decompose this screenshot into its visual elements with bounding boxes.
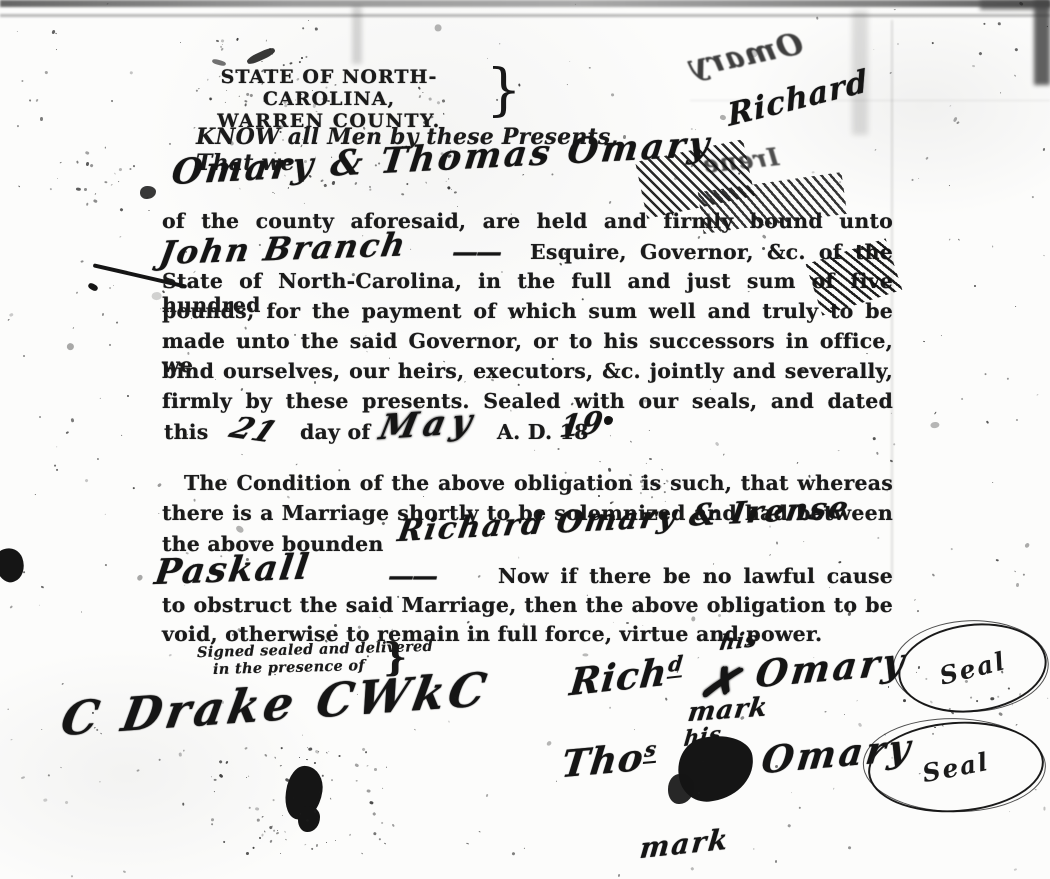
sig1-given: Richd [570,660,683,704]
noise-speck [365,750,368,753]
noise-speck [932,574,935,577]
noise-speck [799,807,801,809]
noise-speck [306,759,308,760]
noise-speck [280,765,282,767]
body-line-4: pounds; for the payment of which sum wel… [162,300,893,324]
noise-speck [362,747,366,751]
noise-speck [618,874,621,877]
noise-speck [219,774,223,778]
noise-speck [216,40,220,43]
noise-speck [384,843,386,845]
noise-speck [315,750,319,754]
sig1-superscript: d [667,650,685,678]
noise-speck [109,287,111,290]
noise-speck [76,291,78,293]
noise-speck [280,853,281,854]
noise-speck [17,125,20,128]
noise-speck [274,193,275,194]
noise-speck [567,84,568,85]
sig1-given-text: Rich [568,649,670,704]
noise-speck [425,181,427,183]
scanned-document-page: STATE OF NORTH-CAROLINA, WARREN COUNTY. … [0,0,1050,879]
noise-speck [179,753,182,757]
handwritten-richard-top: Richard [726,63,870,134]
noise-speck [558,448,560,450]
top-edge-shadow [0,0,1050,7]
noise-speck [95,192,97,194]
noise-speck [85,151,90,155]
noise-speck [182,802,184,805]
noise-speck [1043,255,1045,257]
noise-speck [273,799,275,801]
noise-speck [284,831,286,833]
noise-speck [715,442,719,447]
noise-speck [60,767,62,769]
noise-speck [690,866,694,870]
noise-speck [1014,74,1016,76]
noise-speck [45,71,49,75]
noise-speck [119,236,121,238]
noise-speck [265,40,267,43]
noise-speck [65,432,68,435]
date-day-of: day of [300,420,370,444]
noise-speck [796,462,798,464]
noise-speck [304,844,307,846]
ink-spot-obligors-line [140,186,156,199]
noise-speck [1008,811,1010,812]
noise-speck [118,168,121,172]
noise-speck [21,776,25,779]
noise-speck [368,185,371,188]
noise-speck [824,711,826,712]
noise-speck [401,193,404,195]
noise-speck [89,164,93,168]
noise-speck [97,457,99,459]
noise-speck [354,762,359,767]
noise-speck [934,411,937,414]
noise-speck [285,838,287,840]
noise-speck [236,38,239,41]
handwritten-john-branch: John Branch [157,225,410,272]
noise-speck [180,42,181,43]
noise-speck [10,313,14,317]
noise-speck [105,563,107,565]
noise-speck [451,189,453,191]
sig1-seal-text: Seal [936,646,1009,691]
noise-speck [912,179,914,181]
bleedthrough-omary-mirrored: Omary [686,26,806,84]
noise-speck [414,728,416,730]
noise-speck [356,780,358,781]
noise-speck [158,759,160,761]
noise-speck [953,116,958,122]
noise-speck [812,171,815,173]
noise-speck [992,246,993,248]
noise-speck [382,788,383,789]
noise-speck [269,840,273,844]
noise-speck [86,162,90,166]
noise-speck [298,757,299,758]
noise-speck [307,747,308,748]
noise-speck [894,9,896,10]
noise-speck [211,776,212,777]
noise-speck [43,798,47,801]
noise-speck [40,585,43,588]
noise-speck [1031,195,1033,197]
noise-speck [646,462,647,463]
noise-speck [61,683,63,685]
sig2-mark-blot-tail [668,774,694,804]
john-branch-flourish-tip [87,282,99,292]
noise-speck [1043,807,1045,811]
noise-speck [20,79,23,82]
noise-speck [903,699,906,702]
noise-speck [261,816,263,818]
noise-speck [64,800,68,804]
noise-speck [308,20,309,21]
noise-speck [634,729,635,730]
noise-speck [446,181,447,182]
noise-speck [129,168,132,170]
noise-speck [788,823,792,827]
noise-speck [457,206,458,207]
noise-speck [916,609,919,612]
noise-speck [225,760,228,763]
noise-speck [997,22,1000,25]
noise-speck [478,575,482,579]
noise-speck [972,64,975,67]
noise-speck [1014,570,1017,572]
noise-speck [301,57,303,59]
noise-speck [81,260,85,263]
sig1-seal: Seal [893,615,1050,721]
noise-speck [59,161,61,163]
noise-speck [339,754,341,756]
noise-speck [465,842,468,844]
noise-speck [80,611,81,613]
noise-speck [99,781,101,783]
noise-speck [978,51,982,55]
noise-speck [261,834,263,837]
noise-speck [609,707,611,709]
noise-speck [114,172,116,174]
noise-speck [93,199,98,203]
noise-speck [1016,419,1019,421]
noise-speck [914,598,916,600]
noise-speck [776,542,779,545]
noise-speck [113,285,114,286]
noise-speck [136,574,143,582]
noise-speck [210,818,214,821]
noise-speck [276,832,280,835]
ink-stroke-above-header [246,46,277,66]
noise-speck [35,98,39,102]
noise-speck [288,187,290,189]
date-this: this [164,420,209,444]
top-smudge-left [352,6,362,64]
noise-speck [76,160,79,163]
handwritten-day-21: 21 [224,411,283,450]
noise-speck [331,779,333,781]
noise-speck [762,234,767,239]
noise-speck [248,775,249,776]
header-brace: } [486,58,522,123]
noise-speck [367,765,369,767]
noise-speck [610,93,614,96]
noise-speck [272,192,274,194]
noise-speck [159,308,161,310]
noise-speck [391,823,395,827]
noise-speck [257,819,260,822]
noise-speck [273,830,275,833]
noise-speck [308,747,312,750]
noise-speck [856,700,858,702]
noise-speck [304,203,305,204]
noise-speck [214,779,217,781]
noise-speck [255,807,259,810]
handwritten-year-19: 19 [557,405,606,445]
noise-speck [84,188,87,191]
noise-speck [104,147,106,149]
noise-speck [378,838,380,840]
noise-speck [956,122,959,125]
right-top-edge [980,0,1050,10]
noise-speck [380,821,383,824]
noise-speck [245,747,249,750]
noise-speck [264,754,267,757]
right-corner-shadow [1034,0,1050,85]
noise-speck [556,781,557,782]
noise-speck [222,841,225,844]
noise-speck [410,249,411,250]
noise-speck [1007,378,1009,380]
handwritten-month-may: May [376,401,482,448]
noise-speck [305,56,308,59]
top-fold-line [0,14,1050,17]
noise-speck [875,149,877,151]
noise-speck [370,801,375,805]
noise-speck [875,452,878,455]
noise-speck [40,117,43,121]
noise-speck [1015,723,1017,725]
noise-speck [8,709,9,710]
noise-speck [269,826,273,830]
noise-speck [328,750,330,752]
noise-speck [169,654,172,657]
ink-dot-after-year [604,416,613,425]
noise-speck [248,807,250,809]
noise-speck [286,496,289,499]
noise-speck [299,61,302,64]
noise-speck [259,837,262,840]
noise-speck [55,469,58,472]
condition-line-1: The Condition of the above obligation is… [184,472,893,496]
noise-speck [649,458,652,460]
noise-speck [366,789,371,793]
noise-speck [330,798,332,800]
noise-speck [833,787,835,789]
body-line-7: firmly by these presents. Sealed with ou… [162,390,893,414]
noise-speck [56,49,57,50]
noise-speck [950,548,953,551]
noise-speck [723,454,725,456]
noise-speck [241,454,243,456]
sig2-mark-word: mark [638,822,731,865]
noise-speck [66,342,74,350]
noise-speck [211,823,213,825]
noise-speck [791,792,792,793]
noise-speck [39,416,41,418]
noise-speck [423,496,424,498]
noise-speck [102,313,105,316]
noise-speck [698,236,701,239]
noise-speck [446,186,451,191]
noise-speck [995,559,998,562]
noise-speck [918,178,920,180]
noise-speck [768,554,770,556]
noise-speck [888,686,890,688]
noise-speck [923,340,925,342]
noise-speck [775,860,777,863]
noise-speck [71,418,75,423]
noise-speck [105,513,106,514]
noise-speck [1043,147,1046,150]
noise-speck [361,852,364,854]
ink-blotch-left-margin [0,544,29,586]
noise-speck [1015,306,1017,308]
noise-speck [1015,47,1019,50]
body-line-6: bind ourselves, our heirs, executors, &c… [162,360,893,384]
noise-speck [405,183,408,186]
noise-speck [57,178,58,179]
noise-speck [29,99,31,102]
noise-speck [534,449,535,450]
noise-speck [518,384,520,386]
noise-speck [349,833,351,835]
noise-speck [803,540,805,542]
noise-speck [277,830,279,832]
handwritten-couple-names: Richard Omary & Irense [395,490,852,549]
noise-speck [272,826,273,827]
noise-speck [115,321,118,323]
sig2-given-text: Tho [559,735,646,787]
noise-speck [220,47,223,50]
noise-speck [992,482,993,483]
noise-speck [11,739,13,741]
noise-speck [838,450,840,451]
noise-speck [127,395,130,397]
noise-speck [519,556,520,558]
noise-speck [41,728,42,729]
handwritten-dash-1: —— [452,238,500,268]
noise-speck [974,285,976,287]
noise-speck [582,653,588,657]
noise-speck [222,44,223,45]
handwritten-dash-2: —— [388,562,436,592]
noise-speck [511,851,515,855]
noise-speck [949,185,950,186]
noise-speck [525,847,526,848]
noise-speck [372,812,376,816]
noise-speck [478,831,480,833]
noise-speck [252,846,254,848]
noise-speck [318,751,320,753]
noise-speck [220,46,223,49]
noise-speck [73,326,75,328]
noise-speck [302,735,303,736]
noise-speck [48,774,51,777]
noise-speck [220,39,224,43]
document-header: STATE OF NORTH-CAROLINA, WARREN COUNTY. [168,66,490,132]
noise-speck [630,440,632,442]
noise-speck [998,712,1003,717]
noise-speck [873,49,874,50]
sig2-seal-text: Seal [920,746,992,787]
noise-speck [1022,573,1025,576]
noise-speck [218,759,222,764]
noise-speck [985,421,988,424]
noise-speck [435,24,442,32]
noise-speck [54,465,56,467]
noise-speck [1024,542,1031,549]
noise-speck [9,605,12,608]
noise-speck [569,61,570,62]
condition-line-5: to obstruct the said Marriage, then the … [162,594,893,618]
noise-speck [152,291,162,299]
noise-speck [960,397,963,400]
noise-speck [70,875,73,877]
noise-speck [1000,92,1001,94]
noise-speck [23,354,25,356]
noise-speck [697,656,700,659]
noise-speck [109,344,112,347]
noise-speck [545,741,552,748]
noise-speck [282,814,283,815]
noise-speck [373,832,377,836]
noise-speck [85,479,89,483]
noise-speck [132,487,134,489]
condition-line-4: Now if there be no lawful cause [498,564,893,588]
noise-speck [302,26,305,29]
noise-speck [589,67,591,68]
noise-speck [246,851,249,854]
sig1-his: his [718,626,759,655]
noise-speck [941,335,942,336]
noise-speck [111,184,113,186]
noise-speck [121,435,122,436]
noise-speck [719,114,726,120]
noise-speck [1016,583,1019,587]
noise-speck [932,42,934,45]
ink-blotch-bottom-2 [298,806,320,832]
noise-speck [133,165,136,168]
noise-speck [104,181,107,183]
noise-speck [169,142,172,145]
sig2-seal: Seal [865,716,1047,818]
noise-speck [281,747,283,749]
noise-speck [50,188,52,190]
noise-speck [315,27,318,31]
noise-speck [18,185,21,188]
noise-speck [844,714,845,715]
noise-speck [86,203,89,206]
noise-speck [454,191,457,194]
noise-speck [245,777,246,778]
noise-speck [386,767,387,768]
noise-speck [485,794,488,798]
noise-speck [214,791,215,792]
noise-speck [316,844,318,847]
